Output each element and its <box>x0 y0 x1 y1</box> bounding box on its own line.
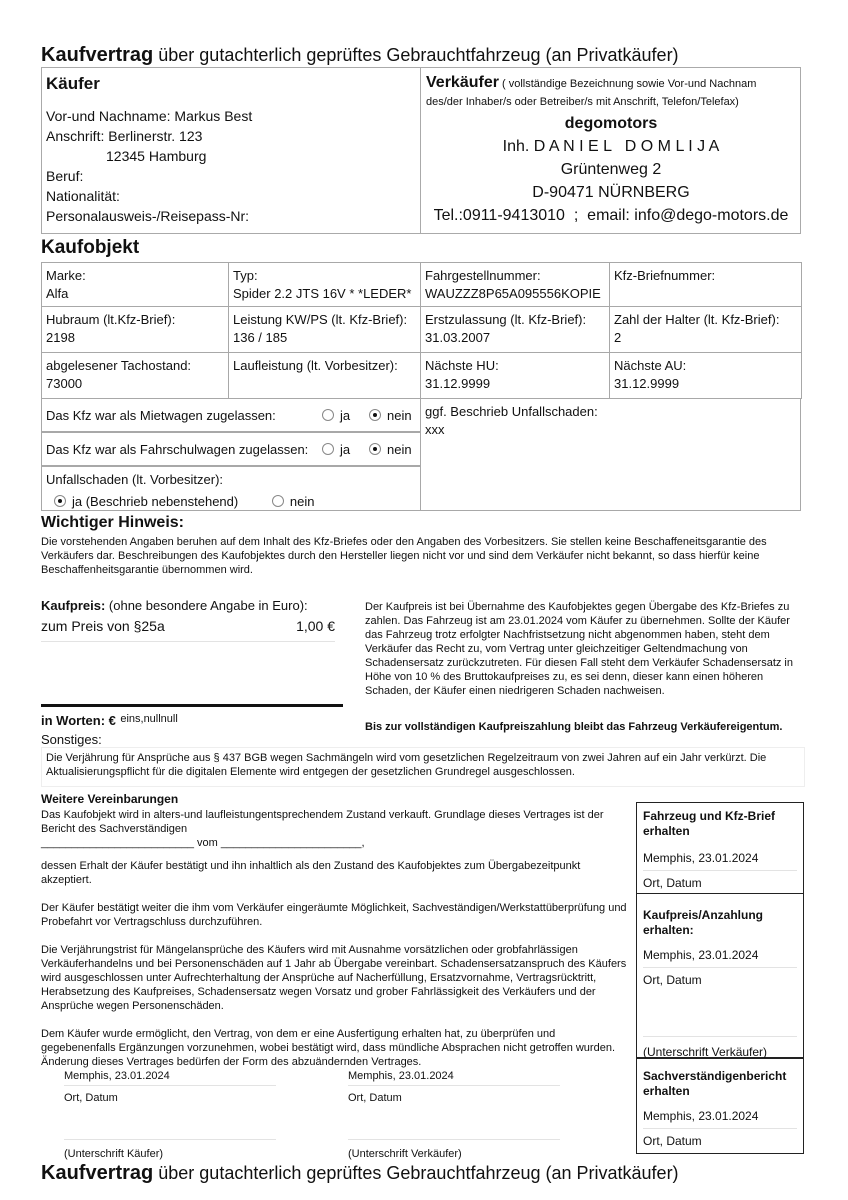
radio-icon[interactable] <box>272 495 284 507</box>
price-line[interactable]: zum Preis von §25a 1,00 € <box>41 618 335 642</box>
driving-school-question: Das Kfz war als Fahrschulwagen zugelasse… <box>46 442 308 457</box>
footer-title: Kaufvertrag über gutachterlich geprüftes… <box>41 1162 679 1185</box>
object-field-value[interactable]: Spider 2.2 JTS 16V * *LEDER* <box>233 285 416 303</box>
buyer-address[interactable]: Anschrift: Berlinerstr. 123 <box>46 126 252 146</box>
price-terms: Der Kaufpreis ist bei Übernahme des Kauf… <box>365 600 797 698</box>
buyer-place-label: Ort, Datum <box>64 1086 276 1104</box>
buyer-details: Vor-und Nachname: Markus Best Anschrift:… <box>46 106 252 226</box>
rental-question: Das Kfz war als Mietwagen zugelassen: <box>46 408 276 423</box>
price-line-label: zum Preis von §25a <box>41 618 165 634</box>
seller-note: ( vollständige Bezeichnung sowie Vor-und… <box>499 78 756 90</box>
object-field-cell: Erstzulassung (lt. Kfz-Brief):31.03.2007 <box>420 306 610 353</box>
rental-row: Das Kfz war als Mietwagen zugelassen: ja… <box>41 398 421 432</box>
driving-school-no[interactable]: nein <box>369 441 412 459</box>
receipt-payment-signature-label: (Unterschrift Verkäufer) <box>637 1037 803 1059</box>
driving-school-yes[interactable]: ja <box>322 441 350 459</box>
seller-note-2: des/der Inhaber/s oder Betreiber/s mit A… <box>426 96 739 108</box>
receipt-vehicle-place-date[interactable]: Memphis, 23.01.2024 <box>643 847 797 871</box>
notice-heading: Wichtiger Hinweis: <box>41 514 184 532</box>
object-field-cell: abgelesener Tachostand:73000 <box>41 352 229 399</box>
accident-question: Unfallschaden (lt. Vorbesitzer): <box>46 471 416 489</box>
accident-yes[interactable]: ja (Beschrieb nebenstehend) <box>54 494 238 509</box>
other-text[interactable]: Die Verjährung für Ansprüche aus § 437 B… <box>41 747 805 787</box>
agreements-blank-line[interactable]: _________________________ vom __________… <box>41 836 631 850</box>
seller-city: D-90471 NÜRNBERG <box>421 181 801 204</box>
agreements-heading: Weitere Vereinbarungen <box>41 792 178 806</box>
price-amount[interactable]: 1,00 € <box>296 618 335 634</box>
receipt-vehicle-place-label: Ort, Datum <box>637 871 803 890</box>
object-field-label: Nächste AU: <box>614 357 797 375</box>
object-field-label: Leistung KW/PS (lt. Kfz-Brief): <box>233 311 416 329</box>
agreements-p3: Der Käufer bestätigt weiter die ihm vom … <box>41 901 631 929</box>
buyer-name[interactable]: Vor-und Nachname: Markus Best <box>46 106 252 126</box>
buyer-id[interactable]: Personalausweis-/Reisepass-Nr: <box>46 206 252 226</box>
object-field-cell: Typ:Spider 2.2 JTS 16V * *LEDER* <box>228 262 421 307</box>
other-label: Sonstiges: <box>41 732 102 747</box>
object-field-value[interactable]: Alfa <box>46 285 224 303</box>
damage-value[interactable]: xxx <box>425 421 796 439</box>
driving-school-row: Das Kfz war als Fahrschulwagen zugelasse… <box>41 432 421 466</box>
object-field-value[interactable]: 2198 <box>46 329 224 347</box>
receipt-payment-place-date[interactable]: Memphis, 23.01.2024 <box>643 944 797 968</box>
price-label: Kaufpreis: <box>41 598 105 613</box>
receipt-payment-box: Kaufpreis/Anzahlung erhalten: Memphis, 2… <box>636 893 804 1058</box>
rental-no-label: nein <box>387 408 412 423</box>
receipt-report-box: Sachverständigenbericht erhalten Memphis… <box>636 1058 804 1154</box>
receipt-vehicle-heading: Fahrzeug und Kfz-Brief erhalten <box>637 803 803 839</box>
price-words-value[interactable]: eins,nullnull <box>120 713 177 725</box>
buyer-heading: Käufer <box>46 74 100 94</box>
seller-owner: Inh. D A N I E L D O M L I J A <box>421 135 801 158</box>
seller-contact: Tel.:0911-9413010 ; email: info@dego-mot… <box>421 204 801 227</box>
buyer-nationality[interactable]: Nationalität: <box>46 186 252 206</box>
receipt-payment-signature-line[interactable] <box>643 987 797 1037</box>
seller-company: degomotors <box>421 112 801 135</box>
seller-signature-line[interactable] <box>348 1104 560 1140</box>
agreements-p5: Dem Käufer wurde ermöglicht, den Vertrag… <box>41 1027 631 1069</box>
object-field-cell: Leistung KW/PS (lt. Kfz-Brief):136 / 185 <box>228 306 421 353</box>
accident-no-label: nein <box>290 494 315 509</box>
price-words-label: in Worten: € <box>41 713 116 728</box>
object-field-value[interactable]: 136 / 185 <box>233 329 416 347</box>
rental-yes[interactable]: ja <box>322 407 350 425</box>
object-field-label: Laufleistung (lt. Vorbesitzer): <box>233 357 416 375</box>
object-field-cell: Fahrgestellnummer:WAUZZZ8P65A095556KOPIE <box>420 262 610 307</box>
agreements-p1: Das Kaufobjekt wird in alters-und laufle… <box>41 808 631 836</box>
ownership-note: Bis zur vollständigen Kaufpreiszahlung b… <box>365 721 782 733</box>
radio-icon[interactable] <box>322 409 334 421</box>
agreements-body: Das Kaufobjekt wird in alters-und laufle… <box>41 808 631 1069</box>
accident-yes-label: ja (Beschrieb nebenstehend) <box>72 494 238 509</box>
seller-signature-block: Memphis, 23.01.2024 Ort, Datum (Untersch… <box>348 1066 560 1160</box>
buyer-city[interactable]: 12345 Hamburg <box>46 146 252 166</box>
price-words-row: in Worten: € eins,nullnull <box>41 712 178 730</box>
seller-heading: Verkäufer <box>426 74 499 91</box>
receipt-payment-place-label: Ort, Datum <box>637 968 803 987</box>
driving-school-no-label: nein <box>387 442 412 457</box>
footer-title-bold: Kaufvertrag <box>41 1162 153 1184</box>
page-title: Kaufvertrag über gutachterlich geprüftes… <box>41 44 679 67</box>
damage-description-box[interactable]: ggf. Beschrieb Unfallschaden: xxx <box>420 398 801 511</box>
object-field-label: Zahl der Halter (lt. Kfz-Brief): <box>614 311 797 329</box>
radio-checked-icon[interactable] <box>369 443 381 455</box>
object-field-label: abgelesener Tachostand: <box>46 357 224 375</box>
title-bold: Kaufvertrag <box>41 44 153 66</box>
buyer-place-date[interactable]: Memphis, 23.01.2024 <box>64 1066 276 1086</box>
object-field-label: Erstzulassung (lt. Kfz-Brief): <box>425 311 605 329</box>
object-field-value[interactable]: 31.12.9999 <box>614 375 797 393</box>
buyer-signature-block: Memphis, 23.01.2024 Ort, Datum (Untersch… <box>64 1066 276 1160</box>
object-field-label: Typ: <box>233 267 416 285</box>
seller-place-label: Ort, Datum <box>348 1086 560 1104</box>
rental-yes-label: ja <box>340 408 350 423</box>
object-field-value[interactable]: WAUZZZ8P65A095556KOPIE <box>425 285 605 303</box>
object-field-cell: Nächste AU:31.12.9999 <box>609 352 802 399</box>
seller-heading-row: Verkäufer ( vollständige Bezeichnung sow… <box>426 74 756 92</box>
receipt-payment-heading: Kaufpreis/Anzahlung erhalten: <box>637 894 803 938</box>
seller-details: degomotors Inh. D A N I E L D O M L I J … <box>421 112 801 227</box>
object-field-label: Fahrgestellnummer: <box>425 267 605 285</box>
object-field-value[interactable]: 73000 <box>46 375 224 393</box>
radio-checked-icon[interactable] <box>369 409 381 421</box>
agreements-p4: Die Verjährungstrist für Mängelansprüche… <box>41 943 631 1013</box>
radio-icon[interactable] <box>322 443 334 455</box>
object-field-value[interactable]: 2 <box>614 329 797 347</box>
object-field-cell: Nächste HU:31.12.9999 <box>420 352 610 399</box>
receipt-report-place-date[interactable]: Memphis, 23.01.2024 <box>643 1105 797 1129</box>
price-rule <box>41 704 343 707</box>
object-field-cell: Zahl der Halter (lt. Kfz-Brief):2 <box>609 306 802 353</box>
object-field-label: Hubraum (lt.Kfz-Brief): <box>46 311 224 329</box>
buyer-job[interactable]: Beruf: <box>46 166 252 186</box>
notice-text: Die vorstehenden Angaben beruhen auf dem… <box>41 535 805 577</box>
object-field-label: Nächste HU: <box>425 357 605 375</box>
receipt-vehicle-box: Fahrzeug und Kfz-Brief erhalten Memphis,… <box>636 802 804 894</box>
object-heading: Kaufobjekt <box>41 237 139 259</box>
object-field-cell: Laufleistung (lt. Vorbesitzer): <box>228 352 421 399</box>
radio-checked-icon[interactable] <box>54 495 66 507</box>
seller-street: Grüntenweg 2 <box>421 158 801 181</box>
object-field-label: Marke: <box>46 267 224 285</box>
receipt-report-heading: Sachverständigenbericht erhalten <box>637 1059 803 1099</box>
object-field-value[interactable]: 31.12.9999 <box>425 375 605 393</box>
object-field-cell: Marke:Alfa <box>41 262 229 307</box>
price-label-row: Kaufpreis: (ohne besondere Angabe in Eur… <box>41 598 308 613</box>
accident-row: Unfallschaden (lt. Vorbesitzer): ja (Bes… <box>41 466 421 511</box>
agreements-p2: dessen Erhalt der Käufer bestätigt und i… <box>41 859 631 887</box>
accident-no[interactable]: nein <box>272 494 315 509</box>
title-rest: über gutachterlich geprüftes Gebrauchtfa… <box>153 45 678 65</box>
rental-no[interactable]: nein <box>369 407 412 425</box>
object-field-label: Kfz-Briefnummer: <box>614 267 797 285</box>
object-field-cell: Kfz-Briefnummer: <box>609 262 802 307</box>
object-field-value[interactable]: 31.03.2007 <box>425 329 605 347</box>
receipt-report-place-label: Ort, Datum <box>637 1129 803 1148</box>
seller-signature-label: (Unterschrift Verkäufer) <box>348 1140 560 1160</box>
buyer-signature-line[interactable] <box>64 1104 276 1140</box>
damage-label: ggf. Beschrieb Unfallschaden: <box>425 403 796 421</box>
price-label-rest: (ohne besondere Angabe in Euro): <box>105 598 307 613</box>
seller-place-date[interactable]: Memphis, 23.01.2024 <box>348 1066 560 1086</box>
footer-title-rest: über gutachterlich geprüftes Gebrauchtfa… <box>153 1163 678 1183</box>
driving-school-yes-label: ja <box>340 442 350 457</box>
object-field-cell: Hubraum (lt.Kfz-Brief):2198 <box>41 306 229 353</box>
buyer-signature-label: (Unterschrift Käufer) <box>64 1140 276 1160</box>
